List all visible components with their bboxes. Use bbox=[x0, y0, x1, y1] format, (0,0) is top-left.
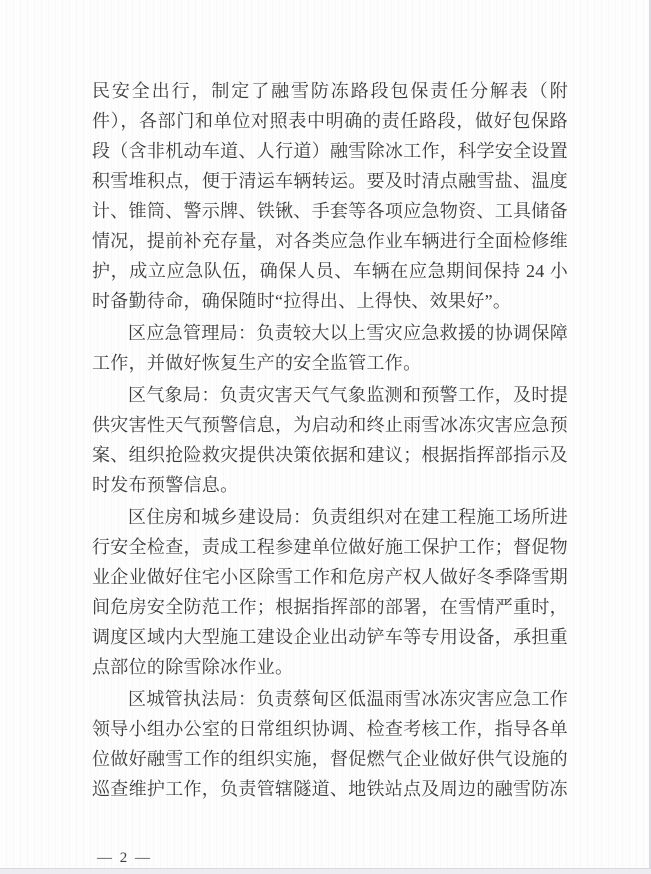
paragraph-meteorological-bureau: 区气象局：负责灾害天气气象监测和预警工作，及时提供灾害性天气预警信息，为启动和终… bbox=[92, 380, 568, 500]
document-page: 民安全出行，制定了融雪防冻路段包保责任分解表（附件），各部门和单位对照表中明确的… bbox=[0, 0, 651, 874]
scan-bottom-edge bbox=[0, 868, 651, 874]
paragraph-emergency-management-bureau: 区应急管理局：负责较大以上雪灾应急救援的协调保障工作，并做好恢复生产的安全监管工… bbox=[92, 318, 568, 378]
paragraph-road-section-duty: 民安全出行，制定了融雪防冻路段包保责任分解表（附件），各部门和单位对照表中明确的… bbox=[92, 76, 568, 316]
document-body: 民安全出行，制定了融雪防冻路段包保责任分解表（附件），各部门和单位对照表中明确的… bbox=[92, 76, 568, 804]
paragraph-housing-construction-bureau: 区住房和城乡建设局：负责组织对在建工程施工场所进行安全检查，责成工程参建单位做好… bbox=[92, 502, 568, 682]
paragraph-urban-management-bureau: 区城管执法局：负责蔡甸区低温雨雪冰冻灾害应急工作领导小组办公室的日常组织协调、检… bbox=[92, 684, 568, 804]
page-number: — 2 — bbox=[97, 850, 152, 867]
